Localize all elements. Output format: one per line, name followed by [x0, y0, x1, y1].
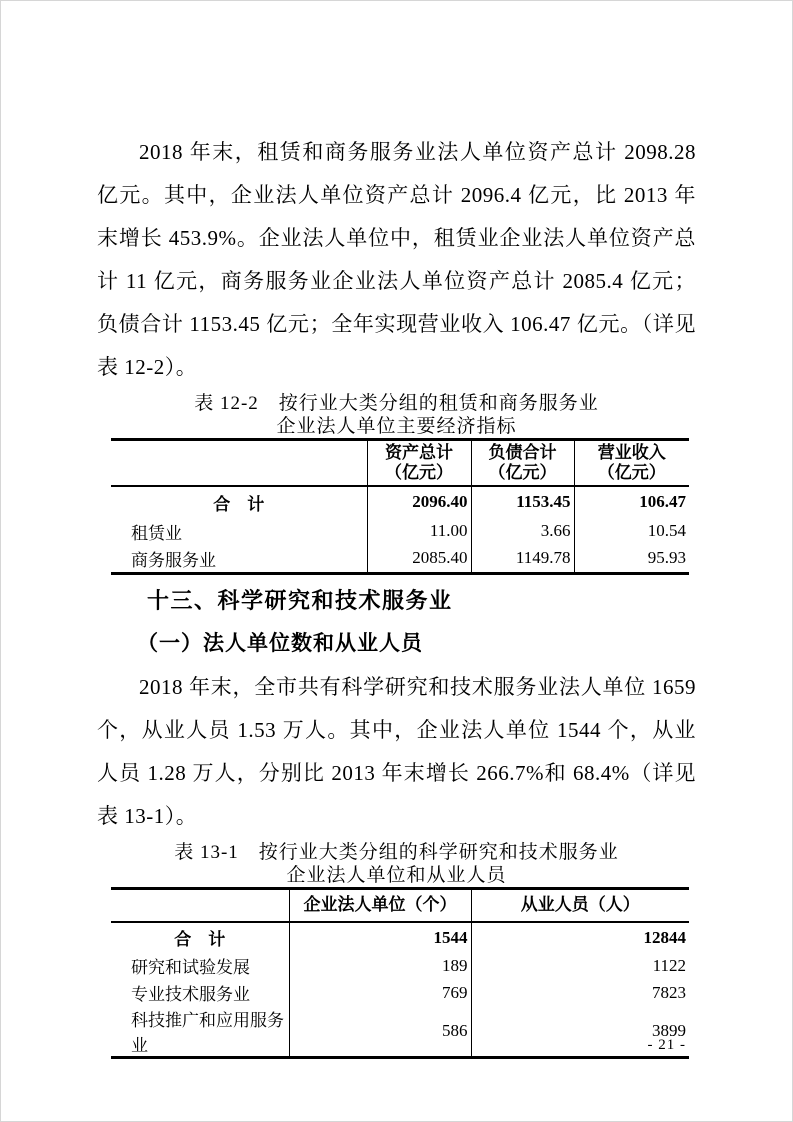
table-cell: 1153.45: [471, 486, 574, 517]
table-12-2: 资产总计 （亿元） 负债合计 （亿元） 营业收入 （亿元） 合 计 2096.4…: [111, 438, 689, 575]
table-12-2-header-row: 资产总计 （亿元） 负债合计 （亿元） 营业收入 （亿元）: [111, 440, 689, 487]
subsection-heading: （一）法人单位数和从业人员: [97, 629, 696, 658]
paragraph-2: 2018 年末，全市共有科学研究和技术服务业法人单位 1659 个，从业人员 1…: [97, 666, 696, 838]
table-13-1-row-total: 合 计 1544 12844: [111, 922, 689, 952]
table-cell: 1544: [289, 922, 471, 952]
page-number: - 21 -: [648, 1037, 687, 1054]
table-cell: 2085.40: [367, 545, 471, 573]
table-12-2-stub-header: [111, 440, 367, 487]
table-cell: 586: [289, 1006, 471, 1058]
table-cell: 769: [289, 979, 471, 1006]
table-cell: 10.54: [574, 517, 689, 545]
table-12-2-col-liabilities: 负债合计 （亿元）: [471, 440, 574, 487]
table-12-2-col-assets: 资产总计 （亿元）: [367, 440, 471, 487]
table-cell: 3.66: [471, 517, 574, 545]
row-label: 科技推广和应用服务业: [111, 1006, 289, 1058]
table-12-2-row-business-services: 商务服务业 2085.40 1149.78 95.93: [111, 545, 689, 573]
row-label: 商务服务业: [111, 545, 367, 573]
column-unit: （亿元）: [575, 463, 690, 483]
table-12-2-caption-line1: 表 12-2 按行业大类分组的租赁和商务服务业: [97, 392, 696, 415]
table-12-2-caption: 表 12-2 按行业大类分组的租赁和商务服务业 企业法人单位主要经济指标: [97, 392, 696, 438]
table-12-2-col-revenue: 营业收入 （亿元）: [574, 440, 689, 487]
row-label: 合 计: [111, 486, 367, 517]
table-13-1-stub-header: [111, 888, 289, 922]
table-13-1-row-professional: 专业技术服务业 769 7823: [111, 979, 689, 1006]
table-cell: 12844: [471, 922, 689, 952]
row-label: 合 计: [111, 922, 289, 952]
table-cell: 189: [289, 952, 471, 979]
column-unit: （亿元）: [472, 463, 574, 483]
column-unit: （亿元）: [368, 463, 471, 483]
table-cell: 7823: [471, 979, 689, 1006]
row-label: 租赁业: [111, 517, 367, 545]
table-12-2-row-leasing: 租赁业 11.00 3.66 10.54: [111, 517, 689, 545]
table-cell: 1149.78: [471, 545, 574, 573]
table-13-1-header-row: 企业法人单位（个） 从业人员（人）: [111, 888, 689, 922]
column-label: 营业收入: [575, 443, 690, 463]
table-12-2-row-total: 合 计 2096.40 1153.45 106.47: [111, 486, 689, 517]
table-12-2-caption-line2: 企业法人单位主要经济指标: [97, 415, 696, 438]
column-label: 资产总计: [368, 443, 471, 463]
paragraph-1: 2018 年末，租赁和商务服务业法人单位资产总计 2098.28 亿元。其中，企…: [97, 131, 696, 389]
table-13-1-row-research: 研究和试验发展 189 1122: [111, 952, 689, 979]
table-13-1-col-employees: 从业人员（人）: [471, 888, 689, 922]
table-cell: 1122: [471, 952, 689, 979]
table-cell: 11.00: [367, 517, 471, 545]
column-label: 负债合计: [472, 443, 574, 463]
table-cell: 2096.40: [367, 486, 471, 517]
table-13-1-col-units: 企业法人单位（个）: [289, 888, 471, 922]
row-label: 研究和试验发展: [111, 952, 289, 979]
table-13-1-caption: 表 13-1 按行业大类分组的科学研究和技术服务业 企业法人单位和从业人员: [97, 841, 696, 887]
table-13-1-caption-line2: 企业法人单位和从业人员: [97, 864, 696, 887]
table-cell: 95.93: [574, 545, 689, 573]
section-heading: 十三、科学研究和技术服务业: [97, 586, 696, 616]
row-label: 专业技术服务业: [111, 979, 289, 1006]
table-13-1-caption-line1: 表 13-1 按行业大类分组的科学研究和技术服务业: [97, 841, 696, 864]
document-page: 2018 年末，租赁和商务服务业法人单位资产总计 2098.28 亿元。其中，企…: [0, 0, 793, 1122]
table-13-1: 企业法人单位（个） 从业人员（人） 合 计 1544 12844 研究和试验发展…: [111, 887, 689, 1060]
table-cell: 106.47: [574, 486, 689, 517]
table-13-1-row-promotion: 科技推广和应用服务业 586 3899: [111, 1006, 689, 1058]
